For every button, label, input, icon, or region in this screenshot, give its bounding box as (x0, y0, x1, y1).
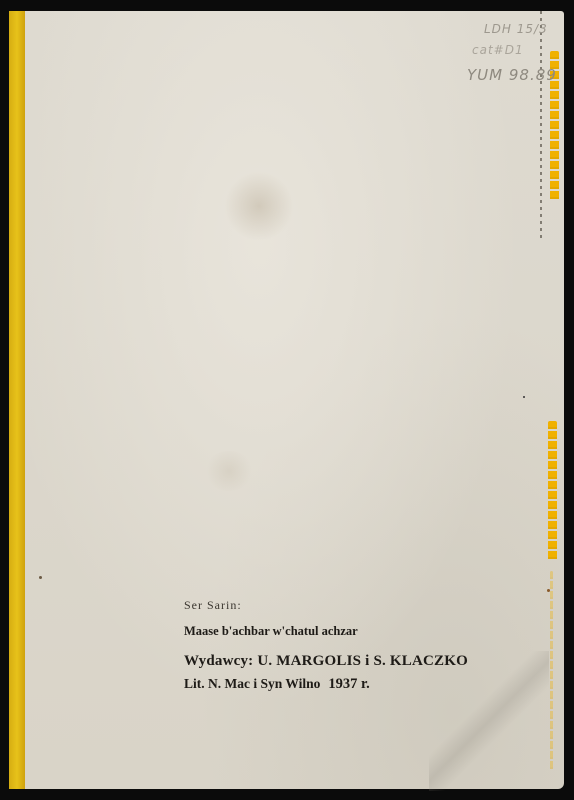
printer-line: Lit. N. Mac i Syn Wilno1937 r. (184, 676, 468, 693)
paper-stain (224, 171, 294, 241)
tape-strip-middle (548, 421, 557, 561)
pencil-note: LDH 15/3 (484, 22, 548, 36)
tape-strip-lower (550, 571, 553, 771)
book-title: Maase b'achbar w'chatul achzar (184, 624, 468, 639)
paper-stain (204, 451, 254, 491)
pencil-note: cat#D1 (472, 43, 524, 57)
publication-year: 1937 r. (328, 676, 369, 692)
perforation-line (540, 11, 542, 241)
printer-name: Lit. N. Mac i Syn Wilno (184, 676, 320, 691)
pencil-catalog-number: YUM 98.89 (467, 66, 557, 84)
imprint-block: Ser Sarin: Maase b'achbar w'chatul achza… (184, 598, 468, 693)
paper-speck (39, 576, 42, 579)
series-label: Ser Sarin: (184, 598, 468, 613)
yellow-spine-binding (9, 11, 25, 789)
publishers-line: Wydawcy: U. MARGOLIS i S. KLACZKO (184, 653, 468, 670)
paper-speck (523, 396, 525, 398)
paper-speck (547, 589, 550, 592)
